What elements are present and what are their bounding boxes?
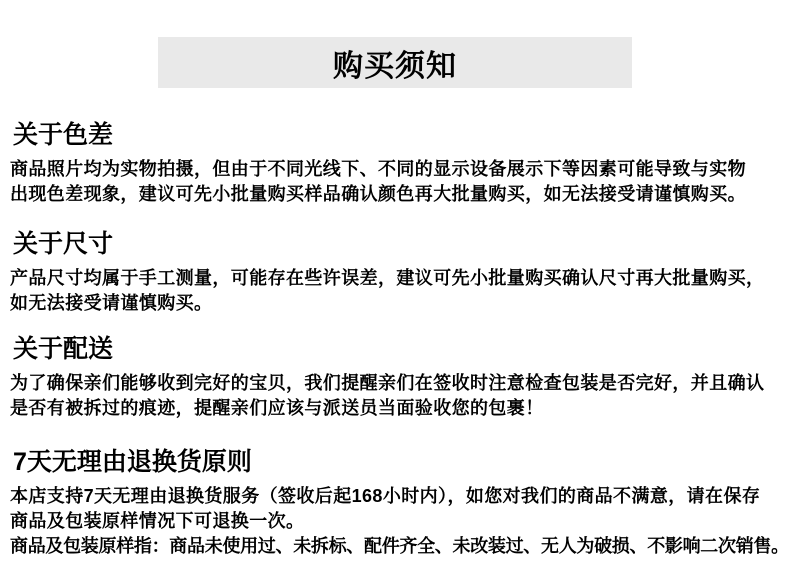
- page-title: 购买须知: [333, 41, 457, 85]
- section-return-policy-line-1: 本店支持7天无理由退换货服务（签收后起168小时内），如您对我们的商品不满意，请…: [10, 484, 784, 509]
- section-size-line-1: 产品尺寸均属于手工测量，可能存在些许误差，建议可先小批量购买确认尺寸再大批量购买…: [10, 266, 784, 291]
- section-delivery: 关于配送 为了确保亲们能够收到完好的宝贝，我们提醒亲们在签收时注意检查包装是否完…: [0, 334, 790, 421]
- purchase-notice-page: 购买须知 关于色差 商品照片均为实物拍摄，但由于不同光线下、不同的显示设备展示下…: [0, 0, 790, 587]
- section-color-difference-line-2: 出现色差现象，建议可先小批量购买样品确认颜色再大批量购买，如无法接受请谨慎购买。: [10, 182, 784, 207]
- section-size-line-2: 如无法接受请谨慎购买。: [10, 291, 784, 316]
- section-return-policy: 7天无理由退换货原则 本店支持7天无理由退换货服务（签收后起168小时内），如您…: [0, 447, 790, 559]
- section-return-policy-line-2: 商品及包装原样情况下可退换一次。: [10, 509, 784, 534]
- section-size: 关于尺寸 产品尺寸均属于手工测量，可能存在些许误差，建议可先小批量购买确认尺寸再…: [0, 229, 790, 316]
- section-color-difference-line-1: 商品照片均为实物拍摄，但由于不同光线下、不同的显示设备展示下等因素可能导致与实物: [10, 157, 784, 182]
- section-color-difference-heading: 关于色差: [13, 120, 784, 150]
- section-delivery-line-2: 是否有被拆过的痕迹，提醒亲们应该与派送员当面验收您的包裹！: [10, 396, 784, 421]
- section-size-heading: 关于尺寸: [13, 229, 784, 259]
- header-box: 购买须知: [158, 37, 632, 88]
- section-delivery-heading: 关于配送: [13, 334, 784, 364]
- section-return-policy-heading: 7天无理由退换货原则: [13, 447, 784, 477]
- section-delivery-line-1: 为了确保亲们能够收到完好的宝贝，我们提醒亲们在签收时注意检查包装是否完好，并且确…: [10, 371, 784, 396]
- section-return-policy-line-3: 商品及包装原样指：商品未使用过、未拆标、配件齐全、未改装过、无人为破损、不影响二…: [10, 534, 784, 559]
- section-color-difference: 关于色差 商品照片均为实物拍摄，但由于不同光线下、不同的显示设备展示下等因素可能…: [0, 120, 790, 207]
